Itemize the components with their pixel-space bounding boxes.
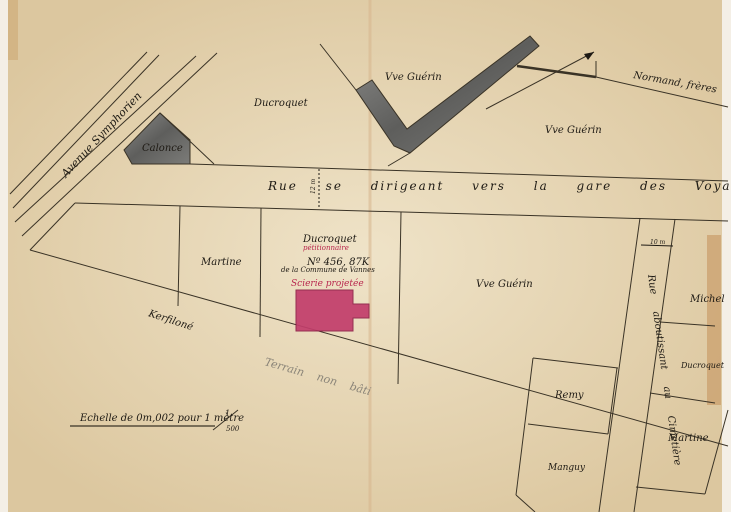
main-street-width-label: 12 m [310,178,317,194]
paper-tear [707,235,721,405]
map-canvas: Avenue Symphorien Calonce Ducroquet Vve … [0,0,731,512]
martine-west-label: Martine [200,257,242,268]
paper-edge-left [0,0,8,512]
petitioner-note: pétitionnaire [303,244,349,252]
main-street-label: Rue se dirigeant vers la gare des Voyage… [267,179,731,193]
paper-edge-right [722,0,731,512]
guerin-north-label: Vve Guérin [385,72,442,83]
proposed-sawmill-label: Scierie projetée [291,278,364,289]
manguy-label: Manguy [547,463,586,473]
side-street-width-label: 10 m [650,239,666,246]
scale-ratio-denominator: 500 [226,425,240,433]
paper-stain [8,0,18,60]
ducroquet-east-label: Ducroquet [680,361,725,370]
scale-text: Echelle de 0m,002 pour 1 mètre [79,413,244,424]
guerin-center-label: Vve Guérin [476,279,533,290]
calonce-label: Calonce [142,143,183,154]
remy-label: Remy [554,390,584,401]
michel-label: Michel [689,294,725,305]
site-plan-map: Avenue Symphorien Calonce Ducroquet Vve … [0,0,731,512]
commune-note-label: de la Commune de Vannes [281,266,375,274]
guerin-northeast-label: Vve Guérin [545,125,602,136]
scale-ratio-numerator: 1 [225,409,230,418]
paper-background [0,0,731,512]
ducroquet-north-label: Ducroquet [253,98,309,109]
